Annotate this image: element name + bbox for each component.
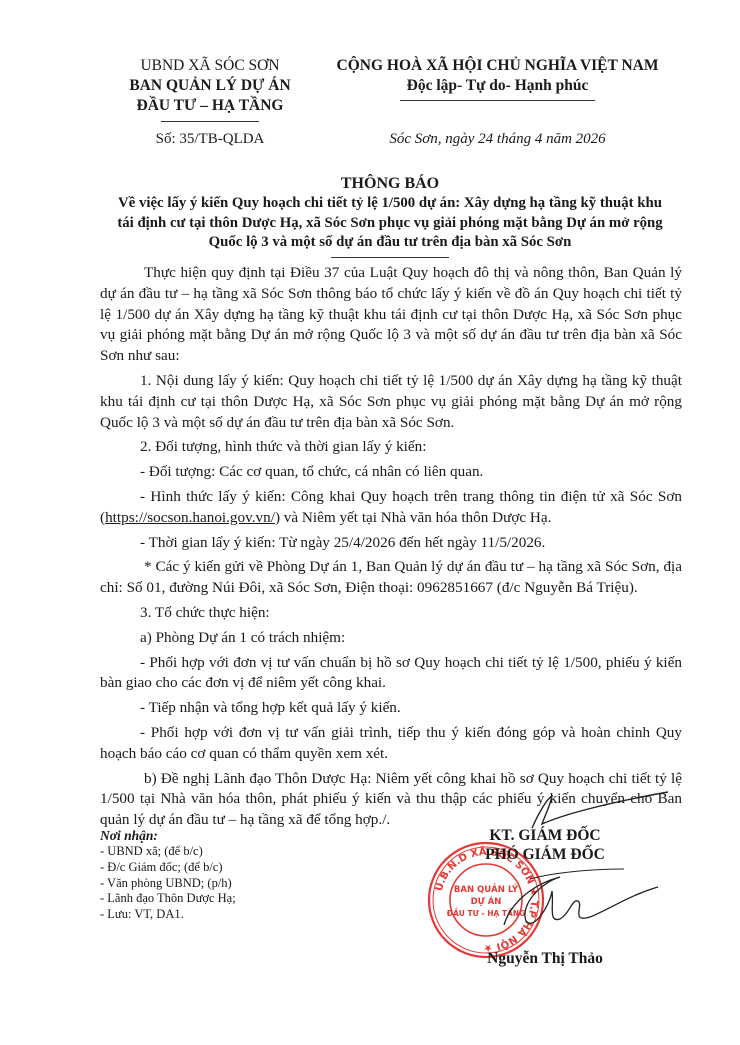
section-2-time: - Thời gian lấy ý kiến: Từ ngày 25/4/202… [100, 533, 682, 554]
agency-underline [161, 121, 259, 122]
section-3a-task-3: - Phối hợp với đơn vị tư vấn giải trình,… [100, 723, 682, 765]
recipient-item: - Lưu: VT, DA1. [100, 907, 360, 923]
signer-name: Nguyễn Thị Thảo [430, 950, 660, 968]
section-3a-task-1: - Phối hợp với đơn vị tư vấn chuẩn bị hồ… [100, 653, 682, 695]
intro-paragraph: Thực hiện quy định tại Điều 37 của Luật … [100, 263, 682, 367]
motto: Độc lập- Tự do- Hạnh phúc [325, 76, 670, 96]
initial-mark-icon [530, 790, 670, 830]
section-3a-task-2: - Tiếp nhận và tổng hợp kết quả lấy ý ki… [100, 698, 682, 719]
motto-underline [400, 100, 595, 101]
recipient-item: - Văn phòng UBND; (p/h) [100, 876, 360, 892]
website-link[interactable]: https://socson.hanoi.gov.vn/ [105, 509, 275, 526]
subject-line-3: Quốc lộ 3 và một số dự án đầu tư trên đị… [100, 233, 680, 253]
recipient-item: - UBND xã; (để b/c) [100, 844, 360, 860]
recipients-list: Nơi nhận: - UBND xã; (để b/c) - Đ/c Giám… [100, 827, 360, 923]
document-page: UBND XÃ SÓC SƠN BAN QUẢN LÝ DỰ ÁN ĐẦU TƯ… [0, 0, 740, 1045]
recipient-item: - Đ/c Giám đốc; (để b/c) [100, 860, 360, 876]
recipient-item: - Lãnh đạo Thôn Dược Hạ; [100, 891, 360, 907]
title-block: THÔNG BÁO Về việc lấy ý kiến Quy hoạch c… [100, 174, 680, 258]
agency-name-line2: ĐẦU TƯ – HẠ TẦNG [110, 96, 310, 116]
subject-line-2: tái định cư tại thôn Dược Hạ, xã Sóc Sơn… [100, 214, 680, 234]
date-line: Sóc Sơn, ngày 24 tháng 4 năm 2026 [325, 131, 670, 148]
issuing-agency: UBND XÃ SÓC SƠN BAN QUẢN LÝ DỰ ÁN ĐẦU TƯ… [110, 56, 310, 122]
national-motto: CỘNG HOÀ XÃ HỘI CHỦ NGHĨA VIỆT NAM Độc l… [325, 56, 670, 101]
document-title: THÔNG BÁO [100, 174, 680, 194]
country-name: CỘNG HOÀ XÃ HỘI CHỦ NGHĨA VIỆT NAM [325, 56, 670, 76]
document-number: Số: 35/TB-QLDA [110, 131, 310, 148]
section-2-heading: 2. Đối tượng, hình thức và thời gian lấy… [100, 437, 682, 458]
agency-parent: UBND XÃ SÓC SƠN [110, 56, 310, 76]
section-2-subject: - Đối tượng: Các cơ quan, tổ chức, cá nh… [100, 462, 682, 483]
section-1: 1. Nội dung lấy ý kiến: Quy hoạch chi ti… [100, 371, 682, 433]
signer-role-2: PHÓ GIÁM ĐỐC [430, 845, 660, 864]
subject-line-1: Về việc lấy ý kiến Quy hoạch chi tiết tỷ… [100, 194, 680, 214]
section-2-form: - Hình thức lấy ý kiến: Công khai Quy ho… [100, 487, 682, 529]
agency-name-line1: BAN QUẢN LÝ DỰ ÁN [110, 76, 310, 96]
title-underline [331, 257, 449, 258]
document-body: Thực hiện quy định tại Điều 37 của Luật … [100, 263, 682, 831]
section-3-heading: 3. Tổ chức thực hiện: [100, 603, 682, 624]
recipients-heading: Nơi nhận: [100, 827, 360, 844]
svg-text:DỰ ÁN: DỰ ÁN [471, 895, 502, 907]
section-2-contact: * Các ý kiến gửi về Phòng Dự án 1, Ban Q… [100, 557, 682, 599]
signer-role-1: KT. GIÁM ĐỐC [430, 826, 660, 845]
form-text-suffix: ) và Niêm yết tại Nhà văn hóa thôn Dược … [275, 509, 551, 526]
section-3a-heading: a) Phòng Dự án 1 có trách nhiệm: [100, 628, 682, 649]
signature-block: KT. GIÁM ĐỐC PHÓ GIÁM ĐỐC Nguyễn Thị Thả… [430, 826, 660, 864]
handwritten-signature-icon [500, 865, 660, 935]
